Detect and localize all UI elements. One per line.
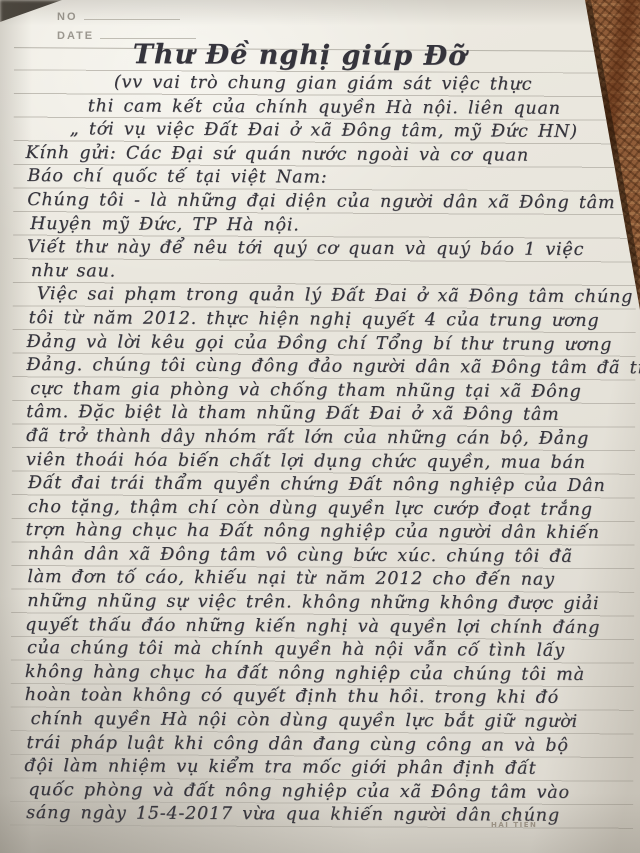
letter-line: đã trở thành dây nhóm rất lớn của những … xyxy=(24,425,636,452)
notebook-no-label: NO xyxy=(57,9,180,23)
letter-line: Viết thư này để nêu tới quý cơ quan và q… xyxy=(25,236,637,263)
letter-line: Báo chí quốc tế tại việt Nam: xyxy=(25,165,637,192)
letter-line: trái pháp luật khi công dân đang cùng cô… xyxy=(22,732,634,759)
letter-line: tâm. Đặc biệt là tham nhũng Đất Đai ở xã… xyxy=(24,401,636,428)
letter-line: như sau. xyxy=(25,260,637,287)
letter-title: Thư Đề nghị giúp Đỡ xyxy=(0,38,600,72)
letter-line: quốc phòng và đất nông nghiệp của xã Đôn… xyxy=(22,779,634,806)
letter-line: không hàng chục ha đất nông nghiệp của c… xyxy=(23,661,635,688)
letter-line: Đảng. chúng tôi cùng đông đảo người dân … xyxy=(24,354,636,381)
letter-line: Kính gửi: Các Đại sứ quán nước ngoài và … xyxy=(26,142,638,169)
letter-paper: NO DATE Thư Đề nghị giúp Đỡ (vv vai trò … xyxy=(0,0,640,853)
letter-line: Chúng tôi - là những đại diện của người … xyxy=(25,189,637,216)
letter-line: cho tặng, thậm chí còn dùng quyền lực cư… xyxy=(24,496,636,523)
no-text: NO xyxy=(57,11,78,23)
letter-line: hoàn toàn không có quyết định thu hồi. t… xyxy=(23,684,635,711)
letter-line: chính quyền Hà nội còn dùng quyền lực bắ… xyxy=(23,708,635,735)
letter-line: (vv vai trò chung gian giám sát việc thự… xyxy=(26,71,638,98)
letter-line: thi cam kết của chính quyền Hà nội. liên… xyxy=(26,95,638,122)
letter-line: Huyện mỹ Đức, TP Hà nội. xyxy=(25,213,637,240)
notebook-brand-stamp: HẢI TIẾN xyxy=(491,821,537,829)
letter-line: những nhũng sự việc trên. không những kh… xyxy=(23,590,635,617)
letter-line: trợn hàng chục ha Đất nông nghiệp của ng… xyxy=(24,519,636,546)
letter-line: nhân dân xã Đông tâm vô cùng bức xúc. ch… xyxy=(23,543,635,570)
letter-line: viên thoái hóa biến chất lợi dụng chức q… xyxy=(24,448,636,475)
letter-line: Đảng và lời kêu gọi của Đồng chí Tổng bí… xyxy=(25,331,637,358)
no-fill-line xyxy=(84,9,180,20)
date-fill-line xyxy=(100,28,196,39)
letter-line: đội làm nhiệm vụ kiểm tra mốc giới phân … xyxy=(22,755,634,782)
letter-body: (vv vai trò chung gian giám sát việc thự… xyxy=(22,71,638,829)
letter-line: cực tham gia phòng và chống tham nhũng t… xyxy=(24,378,636,405)
letter-line: quyết thấu đáo những kiến nghị và quyền … xyxy=(23,614,635,641)
letter-line: làm đơn tố cáo, khiếu nại từ năm 2012 ch… xyxy=(23,566,635,593)
letter-line: sáng ngày 15-4-2017 vừa qua khiến người … xyxy=(22,802,634,829)
letter-photo: NO DATE Thư Đề nghị giúp Đỡ (vv vai trò … xyxy=(0,0,640,853)
letter-line: Việc sai phạm trong quản lý Đất Đai ở xã… xyxy=(25,283,637,310)
letter-line: „ tới vụ việc Đất Đai ở xã Đông tâm, mỹ … xyxy=(26,118,638,145)
letter-line: Đất đai trái thẩm quyền chứng Đất nông n… xyxy=(24,472,636,499)
letter-line: tôi từ năm 2012. thực hiện nghị quyết 4 … xyxy=(25,307,637,334)
letter-line: của chúng tôi mà chính quyền hà nội vẫn … xyxy=(23,637,635,664)
